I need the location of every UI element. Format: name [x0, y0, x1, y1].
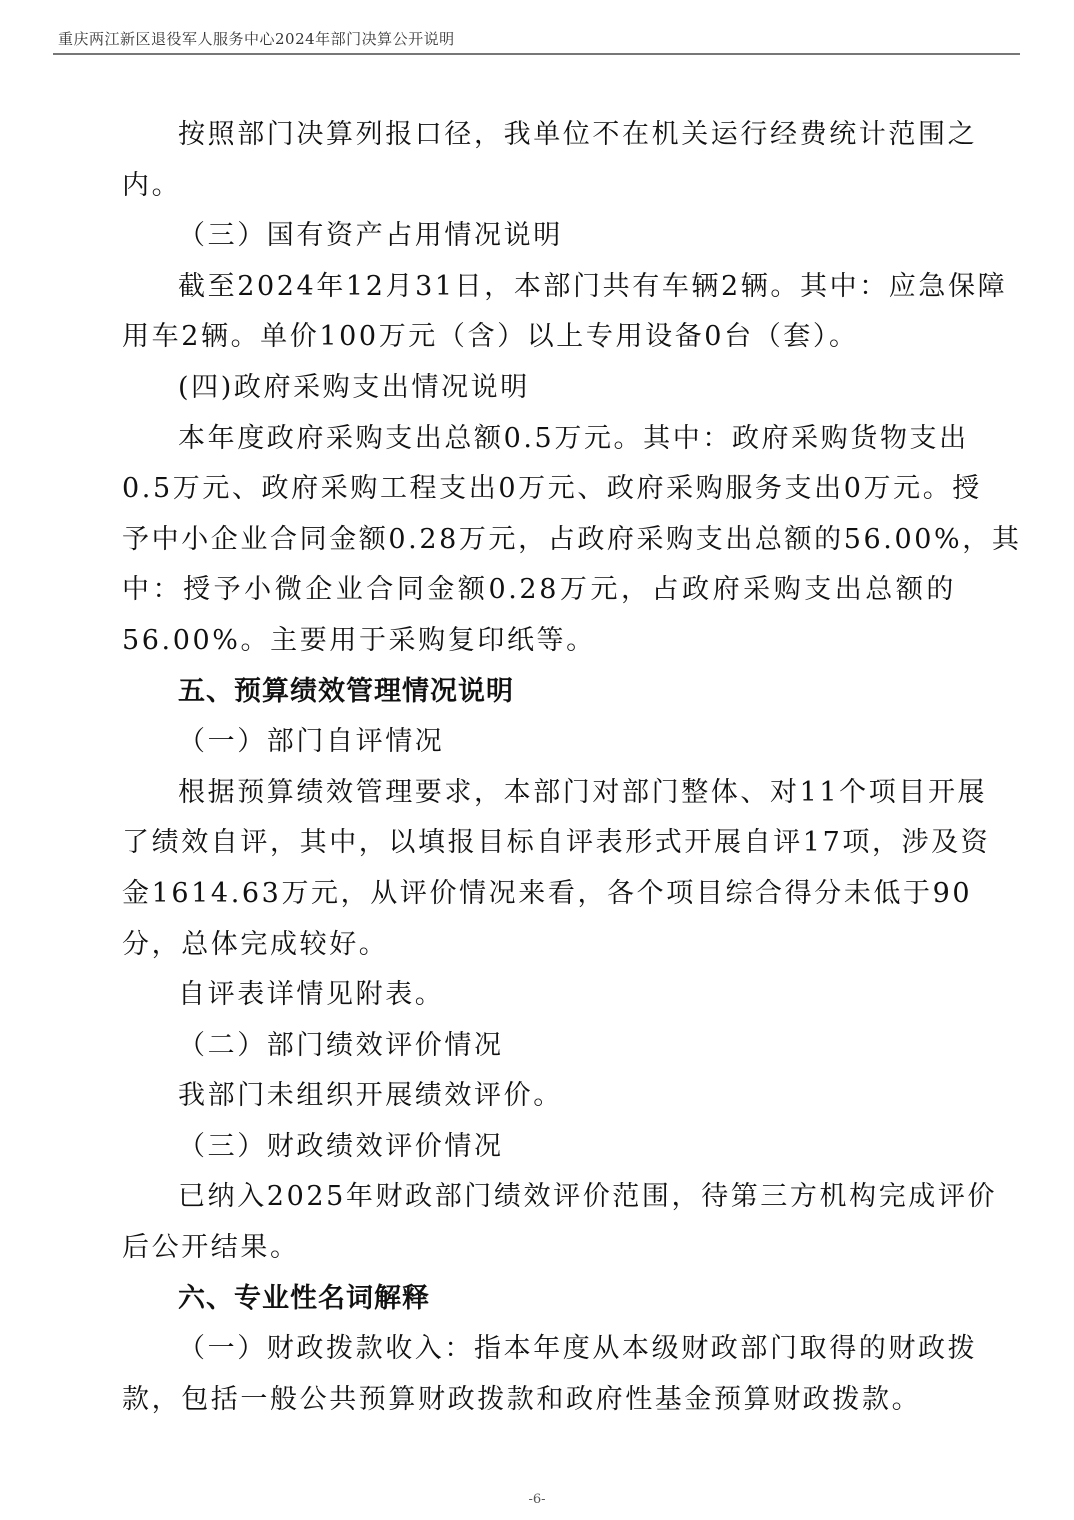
subheading-dept-evaluation: （二）部门绩效评价情况	[122, 1021, 956, 1072]
page-number: -6-	[0, 1492, 1074, 1507]
heading-terminology: 六、专业性名词解释	[122, 1274, 956, 1325]
subheading-self-evaluation: （一）部门自评情况	[122, 717, 956, 768]
paragraph-line: 已纳入2025年财政部门绩效评价范围，待第三方机构完成评价	[122, 1172, 956, 1223]
paragraph-line: 本年度政府采购支出总额0.5万元。其中：政府采购货物支出	[122, 414, 956, 465]
paragraph-line: 后公开结果。	[122, 1223, 956, 1274]
header-divider	[53, 53, 1020, 55]
paragraph-line: 予中小企业合同金额0.28万元，占政府采购支出总额的56.00%，其	[122, 515, 956, 566]
paragraph-line: 0.5万元、政府采购工程支出0万元、政府采购服务支出0万元。授	[122, 464, 956, 515]
paragraph-line: 我部门未组织开展绩效评价。	[122, 1071, 956, 1122]
paragraph-line: 中：授予小微企业合同金额0.28万元，占政府采购支出总额的	[122, 565, 956, 616]
paragraph-line: 自评表详情见附表。	[122, 970, 956, 1021]
paragraph-line: 分，总体完成较好。	[122, 920, 956, 971]
paragraph-line: 金1614.63万元，从评价情况来看，各个项目综合得分未低于90	[122, 869, 956, 920]
paragraph-line: 根据预算绩效管理要求，本部门对部门整体、对11个项目开展	[122, 768, 956, 819]
document-header-title: 重庆两江新区退役军人服务中心2024年部门决算公开说明	[58, 28, 455, 49]
paragraph-line: 56.00%。主要用于采购复印纸等。	[122, 616, 956, 667]
subheading-fiscal-evaluation: （三）财政绩效评价情况	[122, 1122, 956, 1173]
paragraph-line: 用车2辆。单价100万元（含）以上专用设备0台（套）。	[122, 312, 956, 363]
subheading-procurement: (四)政府采购支出情况说明	[122, 363, 956, 414]
heading-performance-management: 五、预算绩效管理情况说明	[122, 667, 956, 718]
subheading-assets: （三）国有资产占用情况说明	[122, 211, 956, 262]
paragraph-line: 款，包括一般公共预算财政拨款和政府性基金预算财政拨款。	[122, 1375, 956, 1426]
paragraph-line: 了绩效自评，其中，以填报目标自评表形式开展自评17项，涉及资	[122, 818, 956, 869]
paragraph-line: （一）财政拨款收入：指本年度从本级财政部门取得的财政拨	[122, 1324, 956, 1375]
document-body: 按照部门决算列报口径，我单位不在机关运行经费统计范围之 内。 （三）国有资产占用…	[122, 110, 956, 1425]
paragraph-line: 按照部门决算列报口径，我单位不在机关运行经费统计范围之	[122, 110, 956, 161]
paragraph-line: 截至2024年12月31日，本部门共有车辆2辆。其中：应急保障	[122, 262, 956, 313]
paragraph-line: 内。	[122, 161, 956, 212]
